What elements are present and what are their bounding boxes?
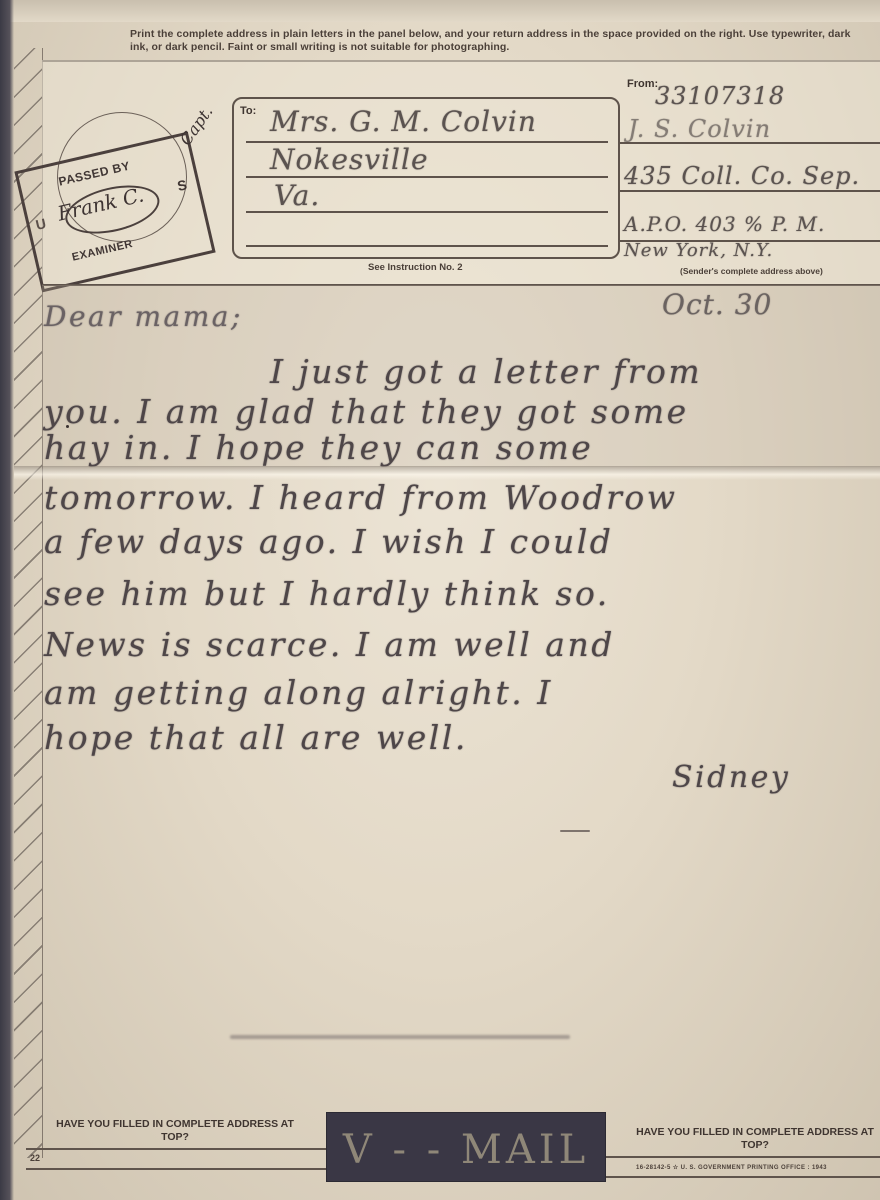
letter-signature: Sidney xyxy=(672,760,790,795)
stamp-letter-s: S xyxy=(176,176,189,194)
vmail-letter-sheet: Print the complete address in plain lett… xyxy=(0,0,880,1200)
from-line-rule xyxy=(620,190,880,192)
stamp-letter-u: U xyxy=(34,215,47,233)
sender-unit: 435 Coll. Co. Sep. xyxy=(624,162,860,190)
to-label: To: xyxy=(240,105,256,117)
address-line-rule xyxy=(246,245,608,247)
footer-reminder-right: HAVE YOU FILLED IN COMPLETE ADDRESS AT T… xyxy=(630,1126,880,1152)
footer-rule xyxy=(26,1148,326,1150)
scan-left-edge xyxy=(0,0,14,1200)
sender-apo: A.P.O. 403 % P. M. xyxy=(624,212,825,236)
letter-line: see him but I hardly think so. xyxy=(44,574,610,613)
letter-line: hope that all are well. xyxy=(44,718,468,757)
footer-rule xyxy=(26,1168,326,1170)
paper-speck xyxy=(66,425,69,428)
letter-date: Oct. 30 xyxy=(662,288,772,321)
sender-city: New York, N.Y. xyxy=(624,240,773,261)
footer-rule xyxy=(604,1156,880,1158)
letter-line: News is scarce. I am well and xyxy=(44,625,615,664)
letter-line: hay in. I hope they can some xyxy=(44,428,593,467)
recipient-name: Mrs. G. M. Colvin xyxy=(270,105,537,138)
letter-line: a few days ago. I wish I could xyxy=(44,522,613,561)
letter-salutation: Dear mama; xyxy=(44,300,243,333)
recipient-address-panel: To: Mrs. G. M. Colvin Nokesville Va. xyxy=(232,97,620,259)
stamp-examiner: EXAMINER xyxy=(71,238,134,264)
form-instructions: Print the complete address in plain lett… xyxy=(130,28,870,54)
see-instruction-note: See Instruction No. 2 xyxy=(368,262,463,273)
footer-reminder-left: HAVE YOU FILLED IN COMPLETE ADDRESS AT T… xyxy=(50,1118,300,1144)
paper-crease xyxy=(230,1035,570,1039)
printer-imprint: 16-28142-5 ☆ U. S. GOVERNMENT PRINTING O… xyxy=(636,1164,827,1171)
form-page-number: 22 xyxy=(30,1153,40,1163)
sender-name: J. S. Colvin xyxy=(628,115,771,143)
address-line-rule xyxy=(246,176,608,178)
letter-line: am getting along alright. I xyxy=(44,673,553,712)
recipient-city: Nokesville xyxy=(270,143,429,176)
letter-line: you. I am glad that they got some xyxy=(44,392,689,431)
footer-rule xyxy=(604,1176,880,1178)
vmail-logo-text: V - - MAIL xyxy=(327,1127,605,1173)
sender-serial-number: 33107318 xyxy=(655,82,785,110)
recipient-state: Va. xyxy=(274,179,320,212)
vmail-logo: V - - MAIL xyxy=(326,1112,606,1182)
from-label: From: xyxy=(627,78,658,90)
top-margin-strip xyxy=(0,0,880,22)
letter-line: tomorrow. I heard from Woodrow xyxy=(44,478,677,517)
sender-address-note: (Sender's complete address above) xyxy=(680,266,823,276)
stamp-passed-by: PASSED BY xyxy=(57,159,131,189)
letter-line: I just got a letter from xyxy=(270,352,702,391)
paper-mark xyxy=(560,830,590,832)
